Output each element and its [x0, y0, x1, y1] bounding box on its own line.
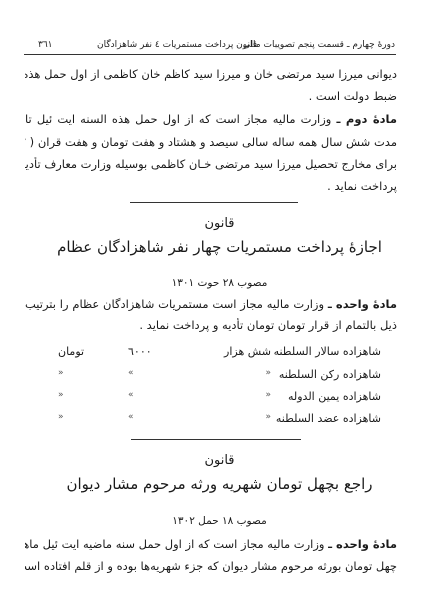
article-label: مادهٔ واحده ـ: [328, 297, 397, 311]
ditto-mark: «: [58, 390, 64, 400]
ditto-mark: «: [265, 390, 271, 400]
ditto-mark: «: [58, 412, 64, 422]
prince-name: شاهزاده یمین الدوله: [288, 390, 381, 403]
article-line: چهل تومان بورثه مرحوم مشار دیوان که جزء …: [25, 559, 397, 573]
section-separator: [130, 202, 298, 203]
page-number: ٣٦١: [38, 40, 53, 50]
amount-number: ٦٠٠٠: [128, 345, 152, 358]
ditto-mark: «: [58, 368, 64, 378]
law-heading: قانون: [0, 216, 439, 231]
ditto-mark: «: [128, 412, 134, 422]
prince-name: شاهزاده سالار السلطنه: [274, 345, 381, 358]
article-line: مادهٔ واحده ـ وزارت مالیه مجاز است که از…: [25, 537, 397, 551]
article-label: مادهٔ دوم ـ: [336, 112, 397, 126]
running-header-section: دورهٔ چهارم ـ قسمت پنجم تصویبات مالی: [243, 40, 395, 50]
ditto-mark: «: [265, 412, 271, 422]
table-row: شاهزاده رکن السلطنه « « «: [0, 368, 439, 384]
ditto-mark: «: [128, 390, 134, 400]
article-two-line: پرداخت نماید .: [25, 179, 397, 193]
article-two-line: مدت شش سال همه ساله سالی سیصد و هشتاد و …: [25, 135, 397, 149]
currency-unit: تومان: [58, 345, 84, 358]
law-title: اجازهٔ پرداخت مستمریات چهار نفر شاهزادگا…: [0, 238, 439, 256]
law-title: راجع بچهل تومان شهریه ورثه مرحوم مشار دی…: [0, 475, 439, 493]
ditto-mark: «: [265, 368, 271, 378]
ditto-mark: «: [128, 368, 134, 378]
table-row: شاهزاده عضد السلطنه « « «: [0, 412, 439, 428]
paragraph-line: دیوانی میرزا سید مرتضی خان و میرزا سید ک…: [25, 67, 397, 81]
header-rule: [24, 54, 396, 55]
prince-name: شاهزاده رکن السلطنه: [279, 368, 381, 381]
article-line: مادهٔ واحده ـ وزارت مالیه مجاز است مستمر…: [25, 297, 397, 311]
table-row: شاهزاده سالار السلطنه شش هزار ٦٠٠٠ تومان: [0, 345, 439, 361]
table-row: شاهزاده یمین الدوله « « «: [0, 390, 439, 406]
article-label: مادهٔ واحده ـ: [328, 537, 397, 551]
article-two-line: برای مخارج تحصیل میرزا سید مرتضی خـان کا…: [25, 157, 397, 171]
approval-date: مصوب ١٨ حمل ١٣٠٢: [0, 515, 439, 527]
paragraph-line: ضبط دولت است .: [25, 89, 397, 103]
amount-words: شش هزار: [224, 345, 271, 358]
section-separator: [131, 439, 301, 440]
prince-name: شاهزاده عضد السلطنه: [276, 412, 381, 425]
running-header-title: قانون پرداخت مستمریات ٤ نفر شاهزادگان: [97, 40, 257, 50]
approval-date: مصوب ٢٨ حوت ١٣٠١: [0, 277, 439, 289]
article-two-line: مادهٔ دوم ـ وزارت مالیه مجاز است که از ا…: [25, 112, 397, 126]
law-heading: قانون: [0, 453, 439, 468]
document-page: دورهٔ چهارم ـ قسمت پنجم تصویبات مالی قان…: [0, 0, 439, 599]
article-line: ذیل بالتمام از قرار تومان تومان تأدیه و …: [25, 318, 397, 332]
